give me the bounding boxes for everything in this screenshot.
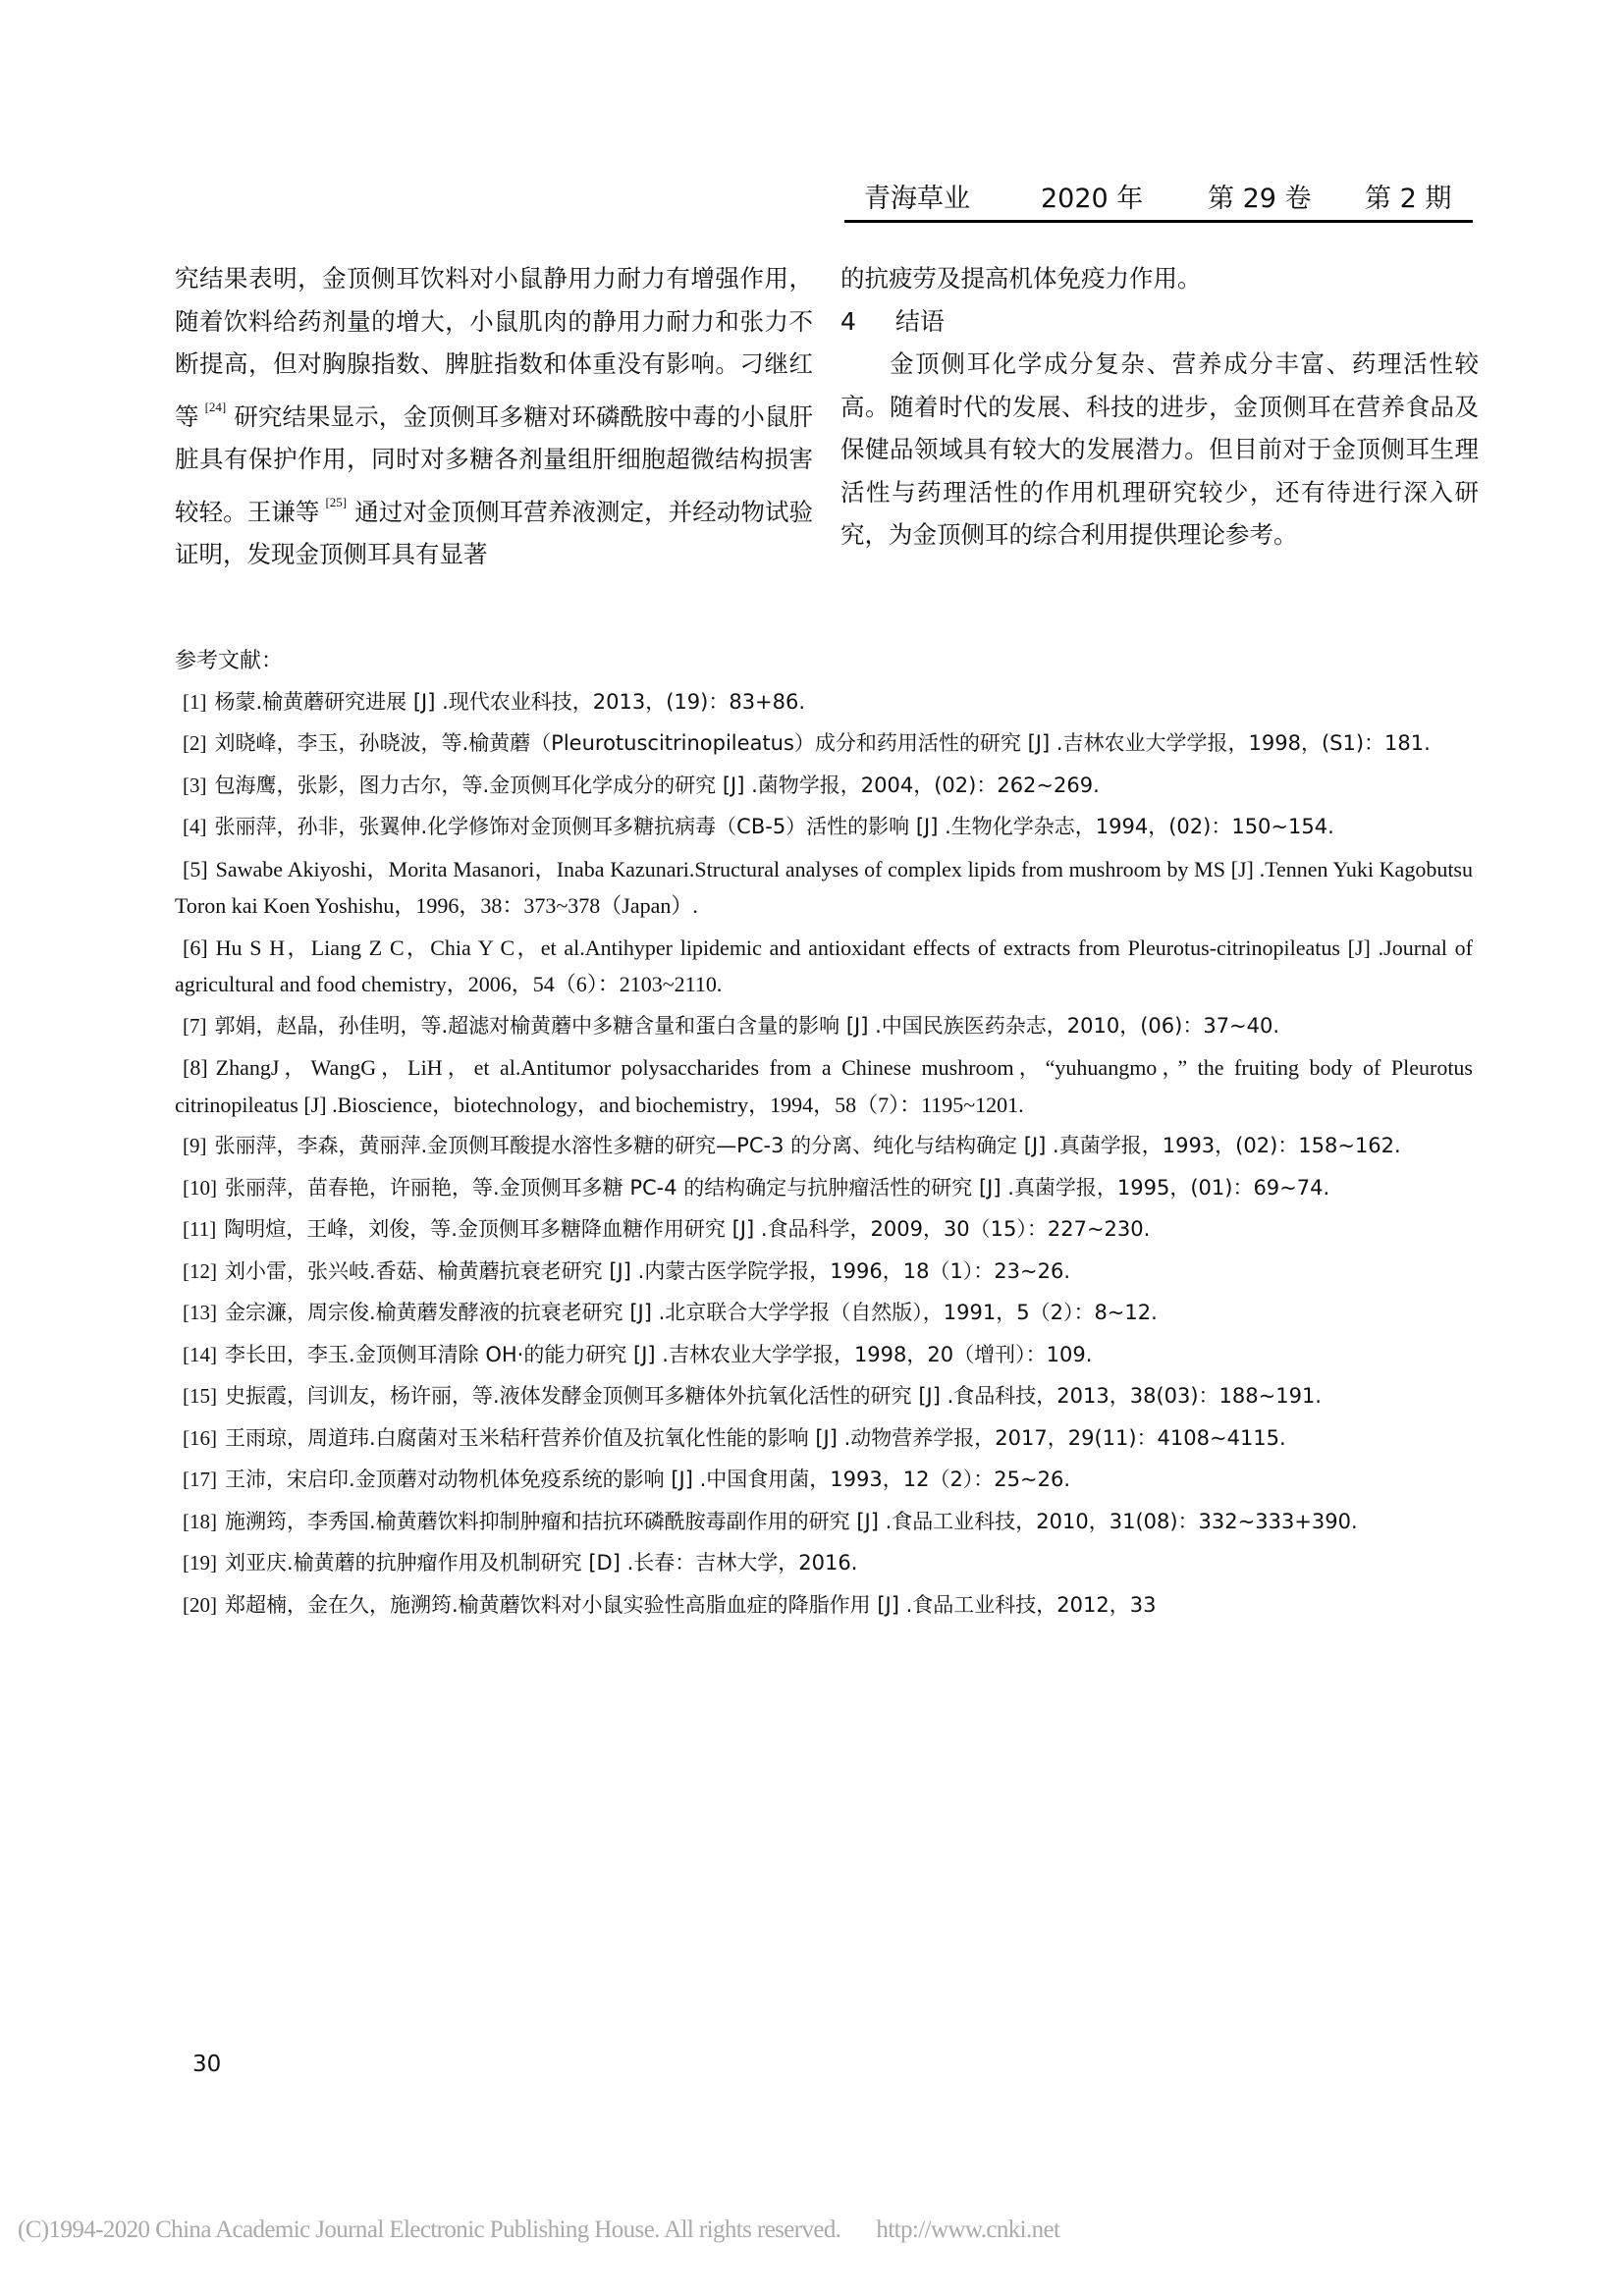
reference-item: [11]陶明煊，王峰，刘俊，等.金顶侧耳多糖降血糖作用研究 [J] .食品科学，… [175,1211,1473,1249]
reference-item: [6]Hu S H，Liang Z C，Chia Y C，et al.Antih… [175,930,1473,1003]
reference-number: [20] [175,1593,217,1617]
reference-number: [14] [175,1343,217,1366]
copyright-footer: (C)1994-2020 China Academic Journal Elec… [18,2216,1059,2244]
reference-number: [18] [175,1510,217,1533]
reference-item: [20]郑超楠，金在久，施溯筠.榆黄蘑饮料对小鼠实验性高脂血症的降脂作用 [J]… [175,1587,1473,1625]
reference-text: 金宗濂，周宗俊.榆黄蘑发酵液的抗衰老研究 [J] .北京联合大学学报（自然版），… [225,1301,1158,1324]
reference-item: [1]杨蒙.榆黄蘑研究进展 [J] .现代农业科技，2013，(19)：83+8… [175,684,1473,721]
reference-number: [17] [175,1468,217,1491]
reference-number: [2] [175,731,207,755]
reference-text: 张丽萍，孙非，张翼伸.化学修饰对金顶侧耳多糖抗病毒（CB-5）活性的影响 [J]… [215,815,1334,838]
page-number: 30 [192,2052,221,2077]
reference-text: 包海鹰，张影，图力古尔，等.金顶侧耳化学成分的研究 [J] .菌物学报，2004… [215,774,1100,797]
reference-text: 郑超楠，金在久，施溯筠.榆黄蘑饮料对小鼠实验性高脂血症的降脂作用 [J] .食品… [225,1593,1156,1617]
reference-item: [10]张丽萍，苗春艳，许丽艳，等.金顶侧耳多糖 PC-4 的结构确定与抗肿瘤活… [175,1170,1473,1207]
cnki-link[interactable]: http://www.cnki.net [876,2216,1059,2243]
reference-text: 李长田，李玉.金顶侧耳清除 OH·的能力研究 [J] .吉林农业大学学报，199… [225,1343,1092,1366]
reference-number: [11] [175,1217,216,1241]
reference-number: [9] [175,1134,207,1157]
reference-list: [1]杨蒙.榆黄蘑研究进展 [J] .现代农业科技，2013，(19)：83+8… [175,684,1473,1625]
reference-text: ZhangJ，WangG，LiH，et al.Antitumor polysac… [175,1055,1473,1117]
reference-item: [16]王雨琼，周道玮.白腐菌对玉米秸秆营养价值及抗氧化性能的影响 [J] .动… [175,1420,1473,1458]
reference-text: 刘小雷，张兴岐.香菇、榆黄蘑抗衰老研究 [J] .内蒙古医学院学报，1996，1… [225,1259,1070,1283]
reference-number: [12] [175,1259,217,1283]
references-title: 参考文献： [175,643,1473,680]
section-heading: 4 结语 [840,300,1479,344]
reference-text: 杨蒙.榆黄蘑研究进展 [J] .现代农业科技，2013，(19)：83+86. [215,690,806,714]
reference-number: [15] [175,1384,217,1408]
reference-number: [19] [175,1551,217,1575]
body-paragraph: 的抗疲劳及提高机体免疫力作用。 [840,257,1479,300]
publication-year: 2020 年 [1041,177,1143,215]
reference-item: [18]施溯筠，李秀国.榆黄蘑饮料抑制肿瘤和拮抗环磷酰胺毒副作用的研究 [J] … [175,1504,1473,1541]
reference-item: [5]Sawabe Akiyoshi，Morita Masanori，Inaba… [175,851,1473,925]
right-column: 的抗疲劳及提高机体免疫力作用。 4 结语 金顶侧耳化学成分复杂、营养成分丰富、药… [840,257,1479,557]
reference-item: [13]金宗濂，周宗俊.榆黄蘑发酵液的抗衰老研究 [J] .北京联合大学学报（自… [175,1295,1473,1332]
citation-24[interactable]: [24] [205,400,227,414]
section-title: 结语 [895,300,945,344]
reference-text: 张丽萍，苗春艳，许丽艳，等.金顶侧耳多糖 PC-4 的结构确定与抗肿瘤活性的研究… [225,1176,1329,1200]
reference-text: Sawabe Akiyoshi，Morita Masanori，Inaba Ka… [175,857,1473,919]
reference-item: [2]刘晓峰，李玉，孙晓波，等.榆黄蘑（Pleurotuscitrinopile… [175,725,1473,763]
reference-number: [16] [175,1426,217,1450]
reference-item: [19]刘亚庆.榆黄蘑的抗肿瘤作用及机制研究 [D] .长春：吉林大学，2016… [175,1545,1473,1582]
reference-number: [10] [175,1176,217,1200]
volume-number: 第 29 卷 [1208,177,1312,215]
reference-item: [4]张丽萍，孙非，张翼伸.化学修饰对金顶侧耳多糖抗病毒（CB-5）活性的影响 … [175,809,1473,846]
reference-text: 郭娟，赵晶，孙佳明，等.超滤对榆黄蘑中多糖含量和蛋白含量的影响 [J] .中国民… [215,1014,1280,1038]
reference-number: [1] [175,690,207,714]
reference-number: [5] [175,857,208,881]
citation-25[interactable]: [25] [325,495,347,509]
reference-text: 刘亚庆.榆黄蘑的抗肿瘤作用及机制研究 [D] .长春：吉林大学，2016. [225,1551,857,1575]
conclusion-paragraph: 金顶侧耳化学成分复杂、营养成分丰富、药理活性较高。随着时代的发展、科技的进步，金… [840,343,1479,557]
reference-item: [9]张丽萍，李森，黄丽萍.金顶侧耳酸提水溶性多糖的研究—PC-3 的分离、纯化… [175,1128,1473,1165]
reference-text: 张丽萍，李森，黄丽萍.金顶侧耳酸提水溶性多糖的研究—PC-3 的分离、纯化与结构… [215,1134,1401,1157]
section-number: 4 [840,300,856,344]
issue-number: 第 2 期 [1365,177,1451,215]
reference-text: 施溯筠，李秀国.榆黄蘑饮料抑制肿瘤和拮抗环磷酰胺毒副作用的研究 [J] .食品工… [225,1510,1358,1533]
reference-number: [4] [175,815,207,838]
reference-number: [8] [175,1055,208,1080]
reference-item: [15]史振霞，闫训友，杨许丽，等.液体发酵金顶侧耳多糖体外抗氧化活性的研究 [… [175,1378,1473,1415]
body-paragraph: 究结果表明，金顶侧耳饮料对小鼠静用力耐力有增强作用，随着饮料给药剂量的增大，小鼠… [175,257,813,576]
reference-text: 陶明煊，王峰，刘俊，等.金顶侧耳多糖降血糖作用研究 [J] .食品科学，2009… [224,1217,1150,1241]
reference-text: 王沛，宋启印.金顶蘑对动物机体免疫系统的影响 [J] .中国食用菌，1993，1… [225,1468,1070,1491]
reference-number: [3] [175,774,207,797]
header-divider [844,220,1473,223]
left-column: 究结果表明，金顶侧耳饮料对小鼠静用力耐力有增强作用，随着饮料给药剂量的增大，小鼠… [175,257,813,576]
running-header: 青海草业 2020 年 第 29 卷 第 2 期 [864,177,1469,216]
reference-number: [13] [175,1301,217,1324]
copyright-text: (C)1994-2020 China Academic Journal Elec… [18,2216,840,2243]
reference-text: 史振霞，闫训友，杨许丽，等.液体发酵金顶侧耳多糖体外抗氧化活性的研究 [J] .… [225,1384,1322,1408]
reference-text: Hu S H，Liang Z C，Chia Y C，et al.Antihype… [175,935,1473,997]
reference-text: 刘晓峰，李玉，孙晓波，等.榆黄蘑（Pleurotuscitrinopileatu… [215,731,1431,755]
reference-item: [17]王沛，宋启印.金顶蘑对动物机体免疫系统的影响 [J] .中国食用菌，19… [175,1462,1473,1499]
reference-item: [3]包海鹰，张影，图力古尔，等.金顶侧耳化学成分的研究 [J] .菌物学报，2… [175,768,1473,805]
reference-number: [6] [175,935,208,960]
references-section: 参考文献： [1]杨蒙.榆黄蘑研究进展 [J] .现代农业科技，2013，(19… [175,643,1473,1629]
reference-item: [12]刘小雷，张兴岐.香菇、榆黄蘑抗衰老研究 [J] .内蒙古医学院学报，19… [175,1254,1473,1291]
reference-item: [8]ZhangJ，WangG，LiH，et al.Antitumor poly… [175,1049,1473,1123]
reference-item: [7]郭娟，赵晶，孙佳明，等.超滤对榆黄蘑中多糖含量和蛋白含量的影响 [J] .… [175,1008,1473,1045]
reference-text: 王雨琼，周道玮.白腐菌对玉米秸秆营养价值及抗氧化性能的影响 [J] .动物营养学… [225,1426,1286,1450]
journal-name: 青海草业 [864,177,970,215]
reference-item: [14]李长田，李玉.金顶侧耳清除 OH·的能力研究 [J] .吉林农业大学学报… [175,1337,1473,1374]
reference-number: [7] [175,1014,207,1038]
